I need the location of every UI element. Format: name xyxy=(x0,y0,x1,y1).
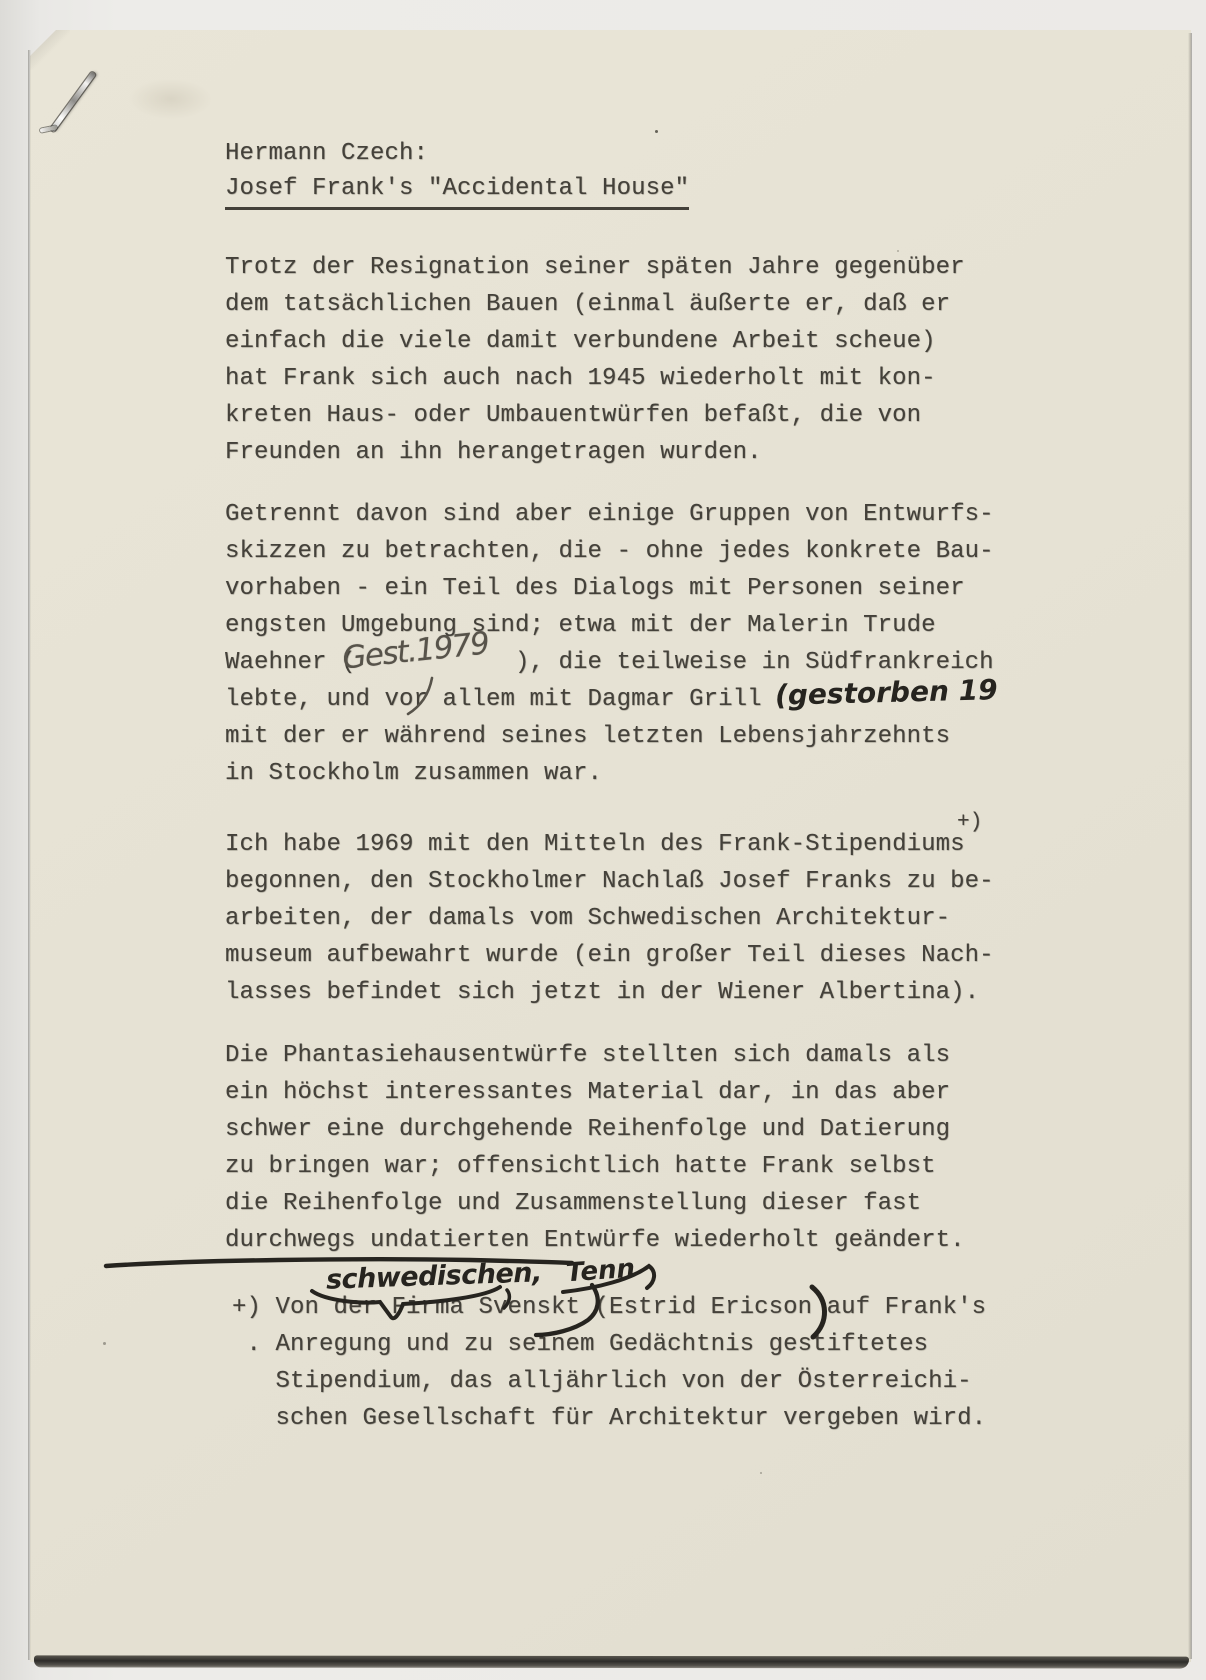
paper-edge-left xyxy=(28,50,31,1660)
author-line: Hermann Czech: xyxy=(225,135,428,172)
paragraph-1: Trotz der Resignation seiner späten Jahr… xyxy=(225,249,965,471)
handwritten-grill-date: (gestorben 19 xyxy=(775,673,998,712)
footnote: +) Von der Firma Svenskt (Estrid Ericson… xyxy=(232,1289,986,1437)
ink-speck xyxy=(760,1472,762,1474)
ink-speck xyxy=(103,1342,106,1345)
paper-edge-right xyxy=(1188,33,1192,1659)
paragraph-4: Die Phantasiehausentwürfe stellten sich … xyxy=(225,1037,965,1259)
page-title: Josef Frank's "Accidental House" xyxy=(225,173,689,210)
paragraph-3: Ich habe 1969 mit den Mitteln des Frank-… xyxy=(225,826,994,1011)
paper-bottom-shadow xyxy=(34,1655,1189,1668)
scanned-manuscript-page: { "document": { "author_line": "Hermann … xyxy=(0,0,1206,1680)
ink-speck xyxy=(655,130,658,133)
paper-stain xyxy=(128,78,214,120)
handwritten-insert-tenn: Tenn xyxy=(565,1254,636,1289)
footnote-reference-mark: +) xyxy=(957,812,982,833)
